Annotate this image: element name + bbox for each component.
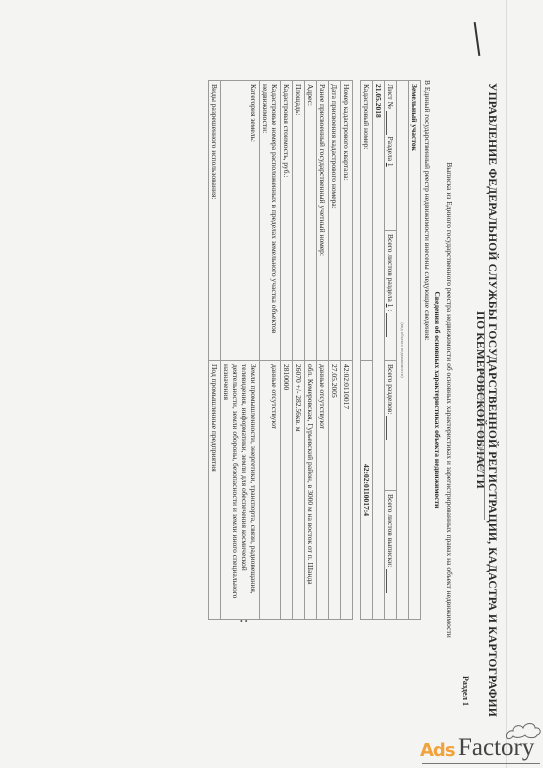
field-value: 42:02:0110017: [341, 361, 353, 620]
field-row: Ранее присвоенный государственный учетны…: [317, 81, 329, 620]
fields-list: Номер кадастрового квартала:42:02:011001…: [209, 81, 353, 620]
field-label: Виды разрешенного использования:: [209, 81, 221, 361]
sheet-number-cell: Лист № Раздела 1: [385, 81, 397, 231]
extract-date: 21.05.2018: [373, 81, 385, 620]
stray-mark: • •: [240, 617, 248, 626]
field-row: Номер кадастрового квартала:42:02:011001…: [341, 81, 353, 620]
watermark-factory: Factory: [458, 734, 534, 762]
object-type: Земельный участок: [410, 84, 419, 151]
field-label: Адрес:: [305, 81, 317, 361]
cadastral-number-label: Кадастровый номер:: [361, 81, 373, 361]
watermark-underline: [422, 763, 540, 764]
intro-note: В Единый государственный реестр недвижим…: [423, 80, 432, 720]
section-label: Раздел 1: [461, 676, 470, 706]
field-row: Адрес:обл. Кемеровская, Гурьевский район…: [305, 81, 317, 620]
cadastral-number: 42:02:0110017:4: [361, 361, 373, 620]
field-value: обл. Кемеровская, Гурьевский район, в 30…: [305, 361, 317, 620]
field-label: Кадастровые номера расположенных в преде…: [260, 81, 281, 361]
adsfactory-watermark: Ads Factory: [420, 718, 543, 768]
field-label: Номер кадастрового квартала:: [341, 81, 353, 361]
field-row: Кадастровая стоимость, руб.:2810000: [281, 81, 293, 620]
field-row: Категория земель:Земли промышленности, э…: [221, 81, 260, 620]
field-label: Ранее присвоенный государственный учетны…: [317, 81, 329, 361]
extract-document: УПРАВЛЕНИЕ ФЕДЕРАЛЬНОЙ СЛУЖБЫ ГОСУДАРСТВ…: [178, 80, 498, 720]
field-label: Площадь:: [293, 81, 305, 361]
total-extract-sheets-cell: Всего листов выписки:: [385, 491, 397, 620]
agency-caption: (полное наименование органа регистрации …: [478, 320, 485, 520]
object-table: Земельный участок (вид объекта недвижимо…: [208, 80, 421, 620]
object-type-caption: (вид объекта недвижимости): [397, 81, 409, 620]
scan-sheet-edge: [506, 0, 507, 768]
field-label: Категория земель:: [221, 81, 260, 361]
info-title: Сведения об основных характеристиках объ…: [433, 120, 442, 680]
field-value: данные отсутствуют: [317, 361, 329, 620]
field-value: Под промышленные предприятия: [209, 361, 221, 620]
extract-title: Выписка из Единого государственного реес…: [445, 80, 454, 720]
field-value: 2810000: [281, 361, 293, 620]
total-sections-cell: Всего разделов:: [385, 361, 397, 491]
watermark-ads: Ads: [420, 740, 455, 761]
field-row: Кадастровые номера расположенных в преде…: [260, 81, 281, 620]
field-label: Кадастровая стоимость, руб.:: [281, 81, 293, 361]
field-row: Площадь:26070 +/- 282.56кв. м: [293, 81, 305, 620]
field-value: данные отсутствуют: [260, 361, 281, 620]
field-value: Земли промышленности, энергетики, трансп…: [221, 361, 260, 620]
field-row: Дата присвоения кадастрового номера:27.0…: [329, 81, 341, 620]
field-row: Виды разрешенного использования:Под пром…: [209, 81, 221, 620]
pen-mark: [474, 22, 481, 56]
field-value: 26070 +/- 282.56кв. м: [293, 361, 305, 620]
total-sheets-section-cell: Всего листов раздела 1 :: [385, 231, 397, 361]
field-value: 27.05.2005: [329, 361, 341, 620]
object-type-cell: Земельный участок: [409, 81, 421, 620]
field-label: Дата присвоения кадастрового номера:: [329, 81, 341, 361]
